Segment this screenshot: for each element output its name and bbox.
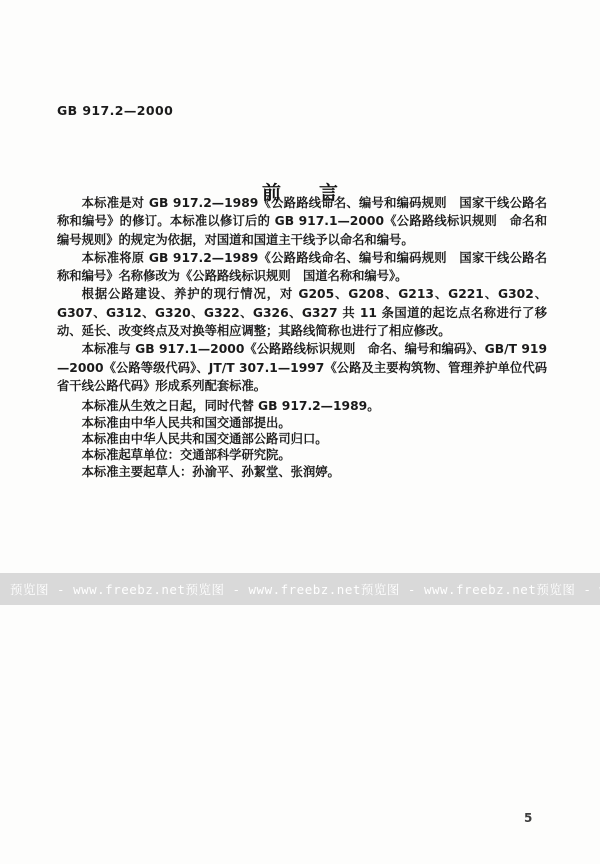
- standard-number: GB 917.2—2000: [57, 103, 173, 118]
- foreword-paragraph: 本标准将原 GB 917.2—1989《公路路线命名、编号和编码规则 国家干线公…: [57, 249, 547, 286]
- watermark-band: 预览图 - www.freebz.net 预览图 - www.freebz.ne…: [0, 573, 600, 605]
- foreword-paragraph: 根据公路建设、养护的现行情况，对 G205、G208、G213、G221、G30…: [57, 285, 547, 340]
- scanned-document-page: GB 917.2—2000 前 言 本标准是对 GB 917.2—1989《公路…: [0, 0, 600, 864]
- foreword-notes: 本标准从生效之日起，同时代替 GB 917.2—1989。 本标准由中华人民共和…: [57, 398, 547, 480]
- foreword-note: 本标准主要起草人：孙渝平、孙絜堂、张润婷。: [57, 464, 547, 480]
- foreword-note: 本标准由中华人民共和国交通部提出。: [57, 415, 547, 431]
- foreword-note: 本标准起草单位：交通部科学研究院。: [57, 447, 547, 463]
- watermark-text: 预览图 - www.freebz.net: [10, 580, 185, 598]
- watermark-text: 预览图 - www.freebz.net: [361, 580, 536, 598]
- watermark-text: 预览图 - www.freebz.net: [536, 580, 600, 598]
- foreword-paragraph: 本标准与 GB 917.1—2000《公路路线标识规则 命名、编号和编码》、GB…: [57, 340, 547, 395]
- foreword-note: 本标准从生效之日起，同时代替 GB 917.2—1989。: [57, 398, 547, 414]
- foreword-body: 本标准是对 GB 917.2—1989《公路路线命名、编号和编码规则 国家干线公…: [57, 194, 547, 480]
- page-number: 5: [524, 811, 532, 825]
- foreword-note: 本标准由中华人民共和国交通部公路司归口。: [57, 431, 547, 447]
- foreword-paragraph: 本标准是对 GB 917.2—1989《公路路线命名、编号和编码规则 国家干线公…: [57, 194, 547, 249]
- watermark-text: 预览图 - www.freebz.net: [185, 580, 360, 598]
